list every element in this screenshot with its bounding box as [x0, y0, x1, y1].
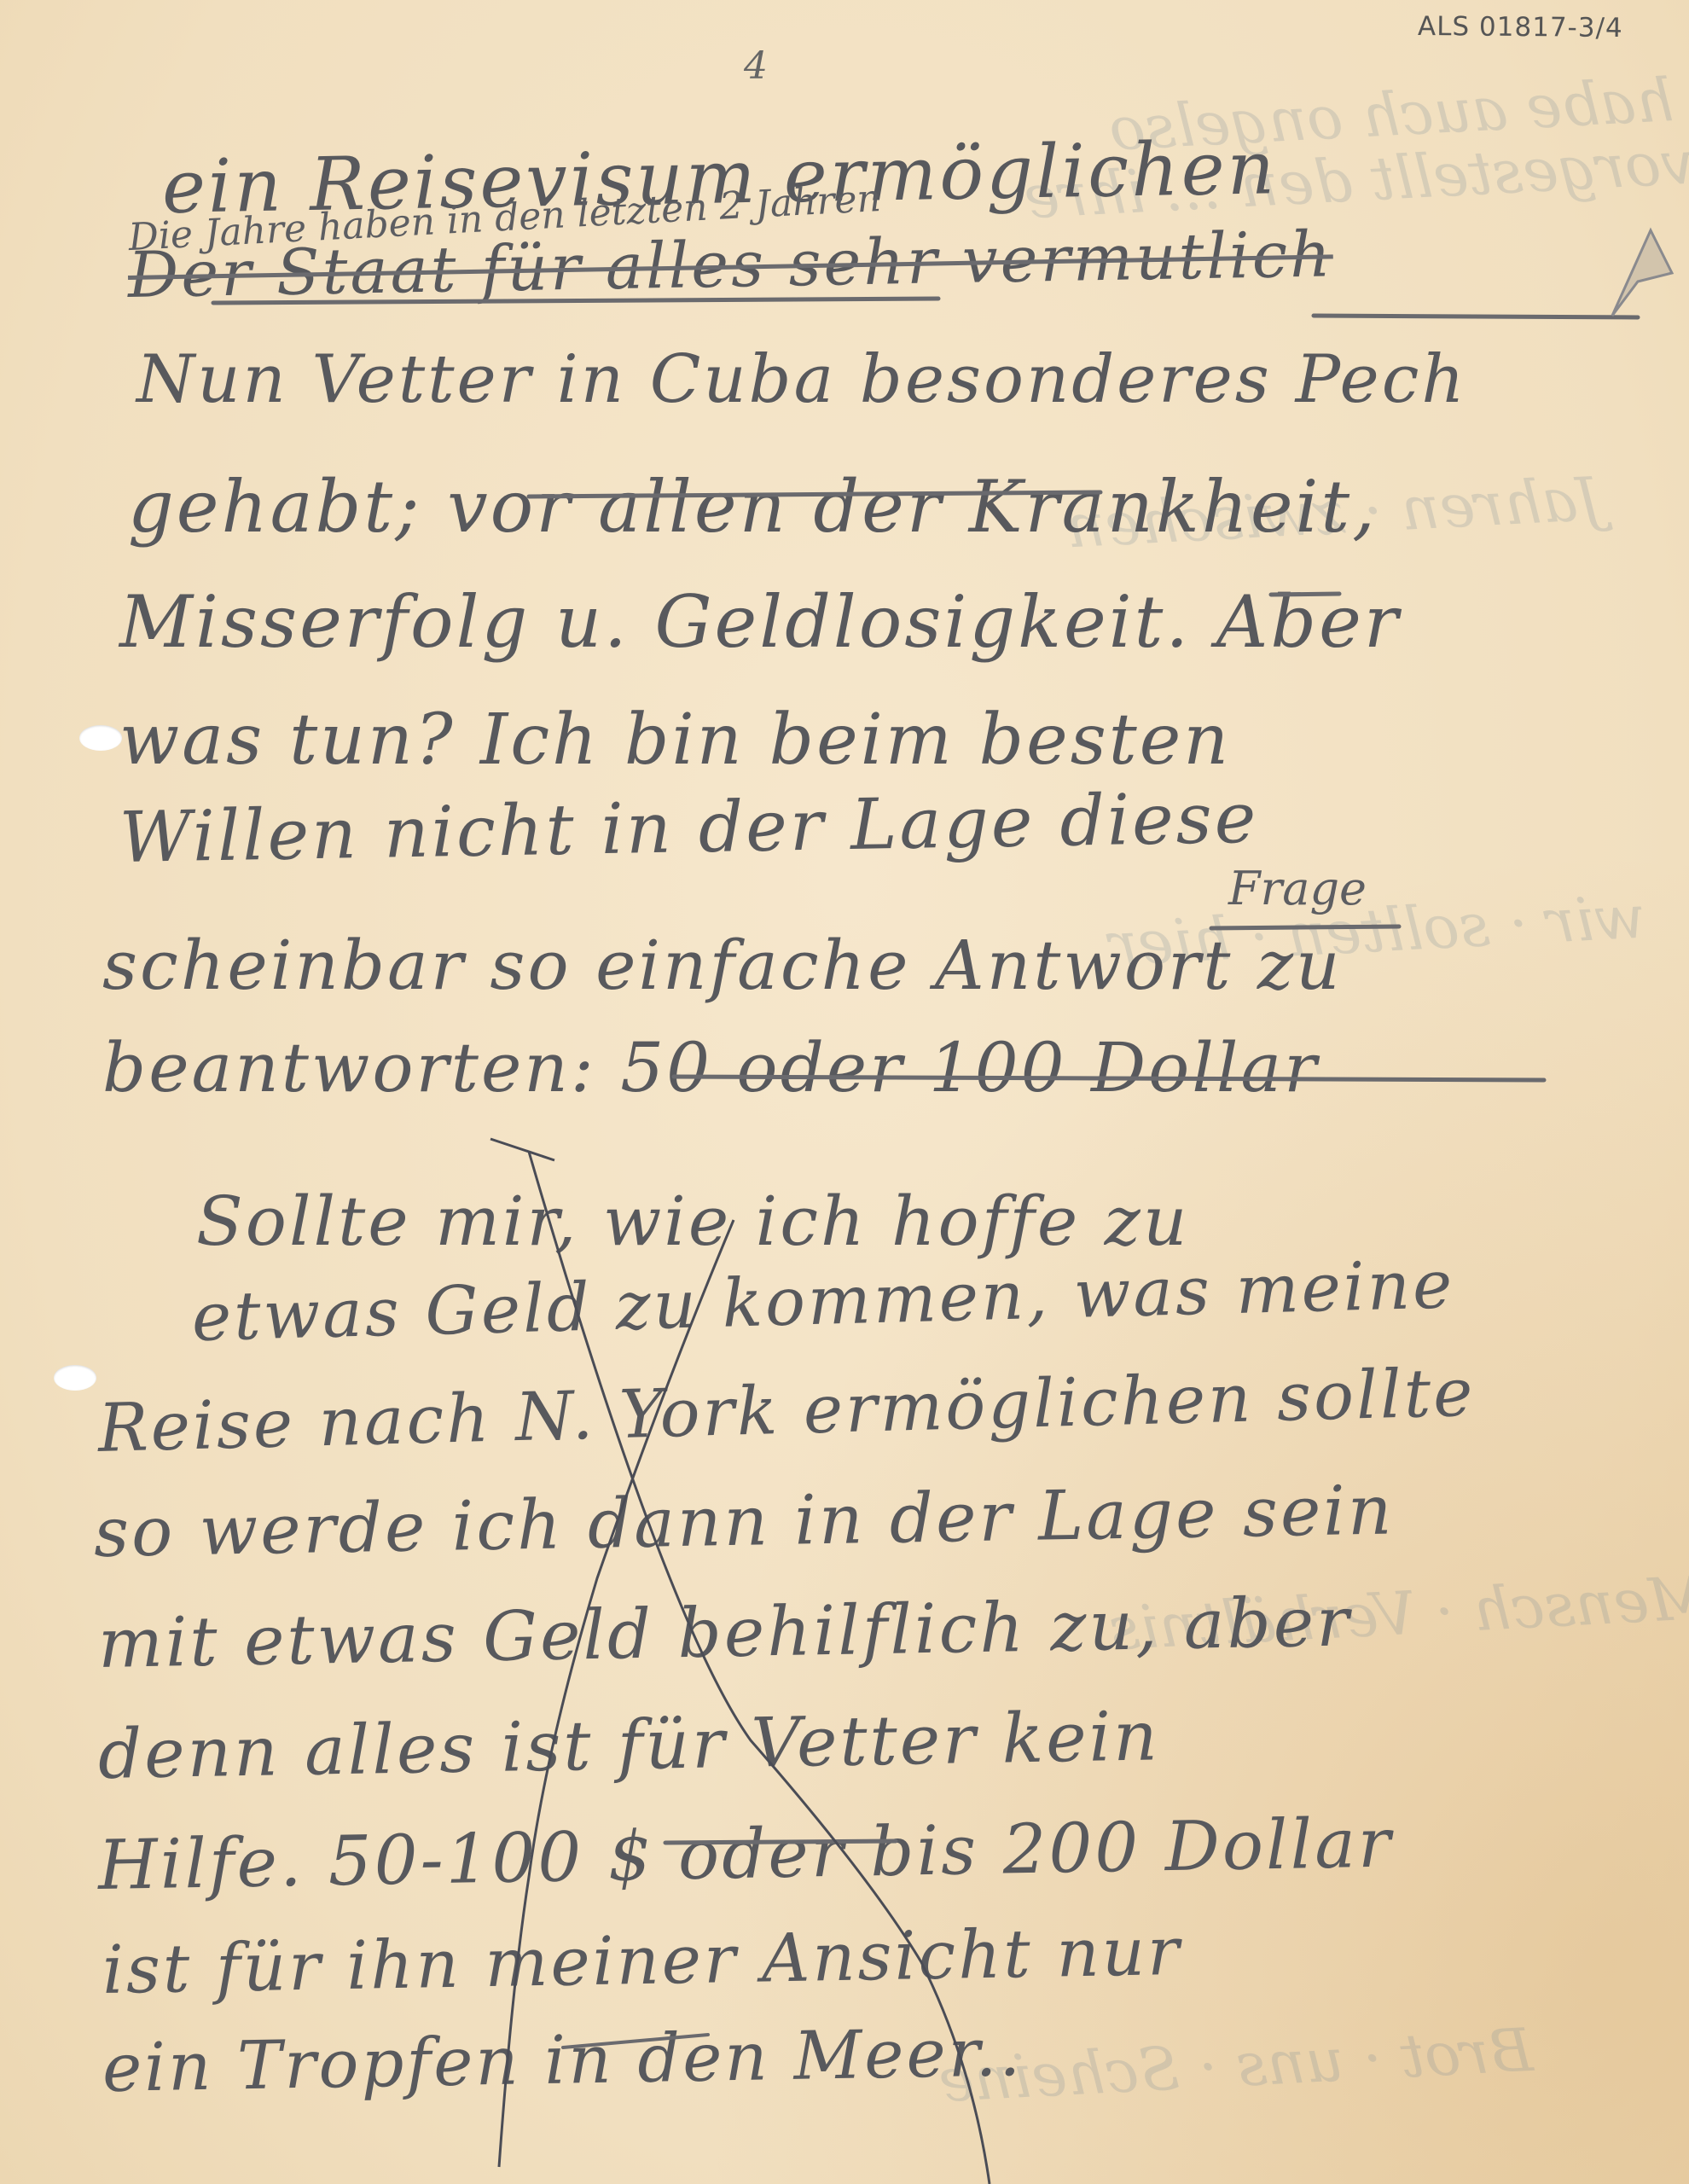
handwritten-line: was tun? Ich bin beim besten: [119, 700, 1231, 781]
line-text: Sollte mir, wie ich hoffe zu: [196, 1182, 1189, 1261]
line-text: mit etwas Geld behilflich zu, aber: [97, 1582, 1352, 1683]
letter-page: ich habe auch ongelso vorgestellt den ..…: [0, 0, 1689, 2184]
line-text: ein Tropfen in den Meer..: [102, 2014, 1023, 2107]
bleed-through-text: Brot · uns · Scheine: [937, 2015, 1535, 2116]
line-text: gehabt; vor allen der Krankheit,: [128, 465, 1378, 549]
punch-hole: [54, 1365, 96, 1391]
handwritten-line: Hilfe. 50-100 $ oder bis 200 Dollar: [97, 1804, 1394, 1905]
handwritten-line: gehabt; vor allen der Krankheit,: [128, 465, 1378, 549]
line-text: denn alles ist für Vetter kein: [97, 1696, 1160, 1794]
line-text: etwas Geld zu kommen, was meine: [191, 1246, 1455, 1356]
line-text: beantworten: 50 oder 100 Dollar: [102, 1028, 1319, 1107]
line-text: Misserfolg u. Geldlosigkeit. Aber: [119, 580, 1401, 664]
strikethrough-stroke: [1314, 316, 1638, 317]
line-text: so werde ich dann in der Lage sein: [93, 1470, 1395, 1572]
handwritten-line: etwas Geld zu kommen, was meine: [191, 1246, 1455, 1356]
handwritten-line: ist für ihn meiner Ansicht nur: [102, 1914, 1182, 2009]
punch-hole: [79, 725, 122, 751]
handwritten-line: so werde ich dann in der Lage sein: [93, 1470, 1395, 1572]
handwritten-line: denn alles ist für Vetter kein: [97, 1696, 1160, 1794]
handwritten-line: scheinbar so einfache Antwort zu: [102, 926, 1343, 1005]
handwritten-line: ein Tropfen in den Meer..: [102, 2014, 1023, 2107]
handwritten-line: Misserfolg u. Geldlosigkeit. Aber: [119, 580, 1401, 664]
page-number: 4: [744, 44, 768, 88]
handwritten-line: Nun Vetter in Cuba besonderes Pech: [136, 341, 1467, 418]
line-text: Willen nicht in der Lage diese: [119, 778, 1259, 879]
handwritten-line: Sollte mir, wie ich hoffe zu: [196, 1182, 1189, 1261]
handwritten-line: beantworten: 50 oder 100 Dollar: [102, 1028, 1319, 1107]
handwritten-line: Willen nicht in der Lage diese: [119, 778, 1259, 879]
line-text: ist für ihn meiner Ansicht nur: [102, 1914, 1182, 2009]
line-text: was tun? Ich bin beim besten: [119, 700, 1231, 781]
margin-sketch-icon: [1604, 222, 1680, 324]
line-text: Nun Vetter in Cuba besonderes Pech: [136, 341, 1467, 418]
handwritten-line: mit etwas Geld behilflich zu, aber: [97, 1582, 1352, 1683]
line-text: Hilfe. 50-100 $ oder bis 200 Dollar: [97, 1804, 1394, 1905]
handwritten-line: Reise nach N. York ermöglichen sollte: [97, 1355, 1477, 1467]
insertion-text: Frage: [1228, 862, 1367, 915]
line-text: Reise nach N. York ermöglichen sollte: [97, 1355, 1477, 1467]
interlinear-insertion: Frage: [1228, 862, 1367, 915]
line-text: scheinbar so einfache Antwort zu: [102, 926, 1343, 1005]
catalog-mark: ALS 01817-3/4: [1418, 11, 1623, 44]
